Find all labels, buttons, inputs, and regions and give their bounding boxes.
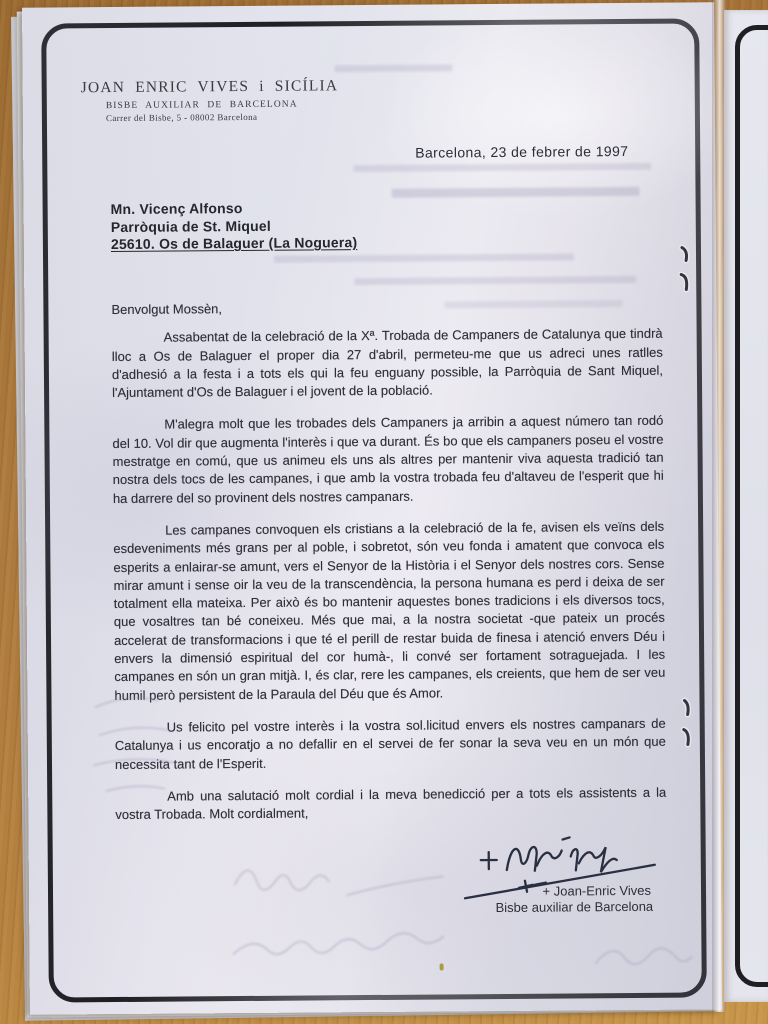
- body-paragraph-2: M'alegra molt que les trobades dels Camp…: [112, 412, 664, 508]
- letter-page: JOAN ENRIC VIVES i SICÍLIA BISBE AUXILIA…: [22, 2, 722, 1014]
- recipient-block: Mn. Vicenç Alfonso Parròquia de St. Miqu…: [111, 199, 358, 253]
- recipient-name: Mn. Vicenç Alfonso: [111, 199, 358, 218]
- ghost-handwriting: [227, 920, 493, 974]
- paper-speck: [440, 963, 444, 970]
- salutation: Benvolgut Mossèn,: [111, 297, 662, 320]
- ghost-handwriting: [585, 920, 697, 983]
- ghost-handwriting: [227, 840, 472, 914]
- ghost-text: [335, 64, 453, 72]
- letterhead-role: BISBE AUXILIAR DE BARCELONA: [106, 99, 339, 111]
- staple-icon: [676, 696, 692, 754]
- body-paragraph-3: Les campanes convoquen els cristians a l…: [113, 518, 665, 705]
- letterhead-name: JOAN ENRIC VIVES i SICÍLIA: [81, 77, 339, 97]
- dateline: Barcelona, 23 de febrer de 1997: [415, 143, 628, 161]
- letterhead-address: Carrer del Bisbe, 5 - 08002 Barcelona: [106, 111, 339, 123]
- second-page-edge: [724, 10, 768, 1002]
- staple-icon: [675, 242, 691, 300]
- photo-of-letter: { "letterhead": { "name": "JOAN ENRIC VI…: [0, 0, 768, 1024]
- second-page-border-frame: [735, 25, 768, 987]
- body-paragraph-1: Assabentat de la celebració de la Xª. Tr…: [112, 325, 664, 403]
- letterhead: JOAN ENRIC VIVES i SICÍLIA BISBE AUXILIA…: [81, 77, 339, 123]
- recipient-parish: Parròquia de St. Miquel: [111, 217, 358, 236]
- ghost-handwriting: [83, 684, 218, 807]
- recipient-address: 25610. Os de Balaguer (La Noguera): [111, 234, 358, 253]
